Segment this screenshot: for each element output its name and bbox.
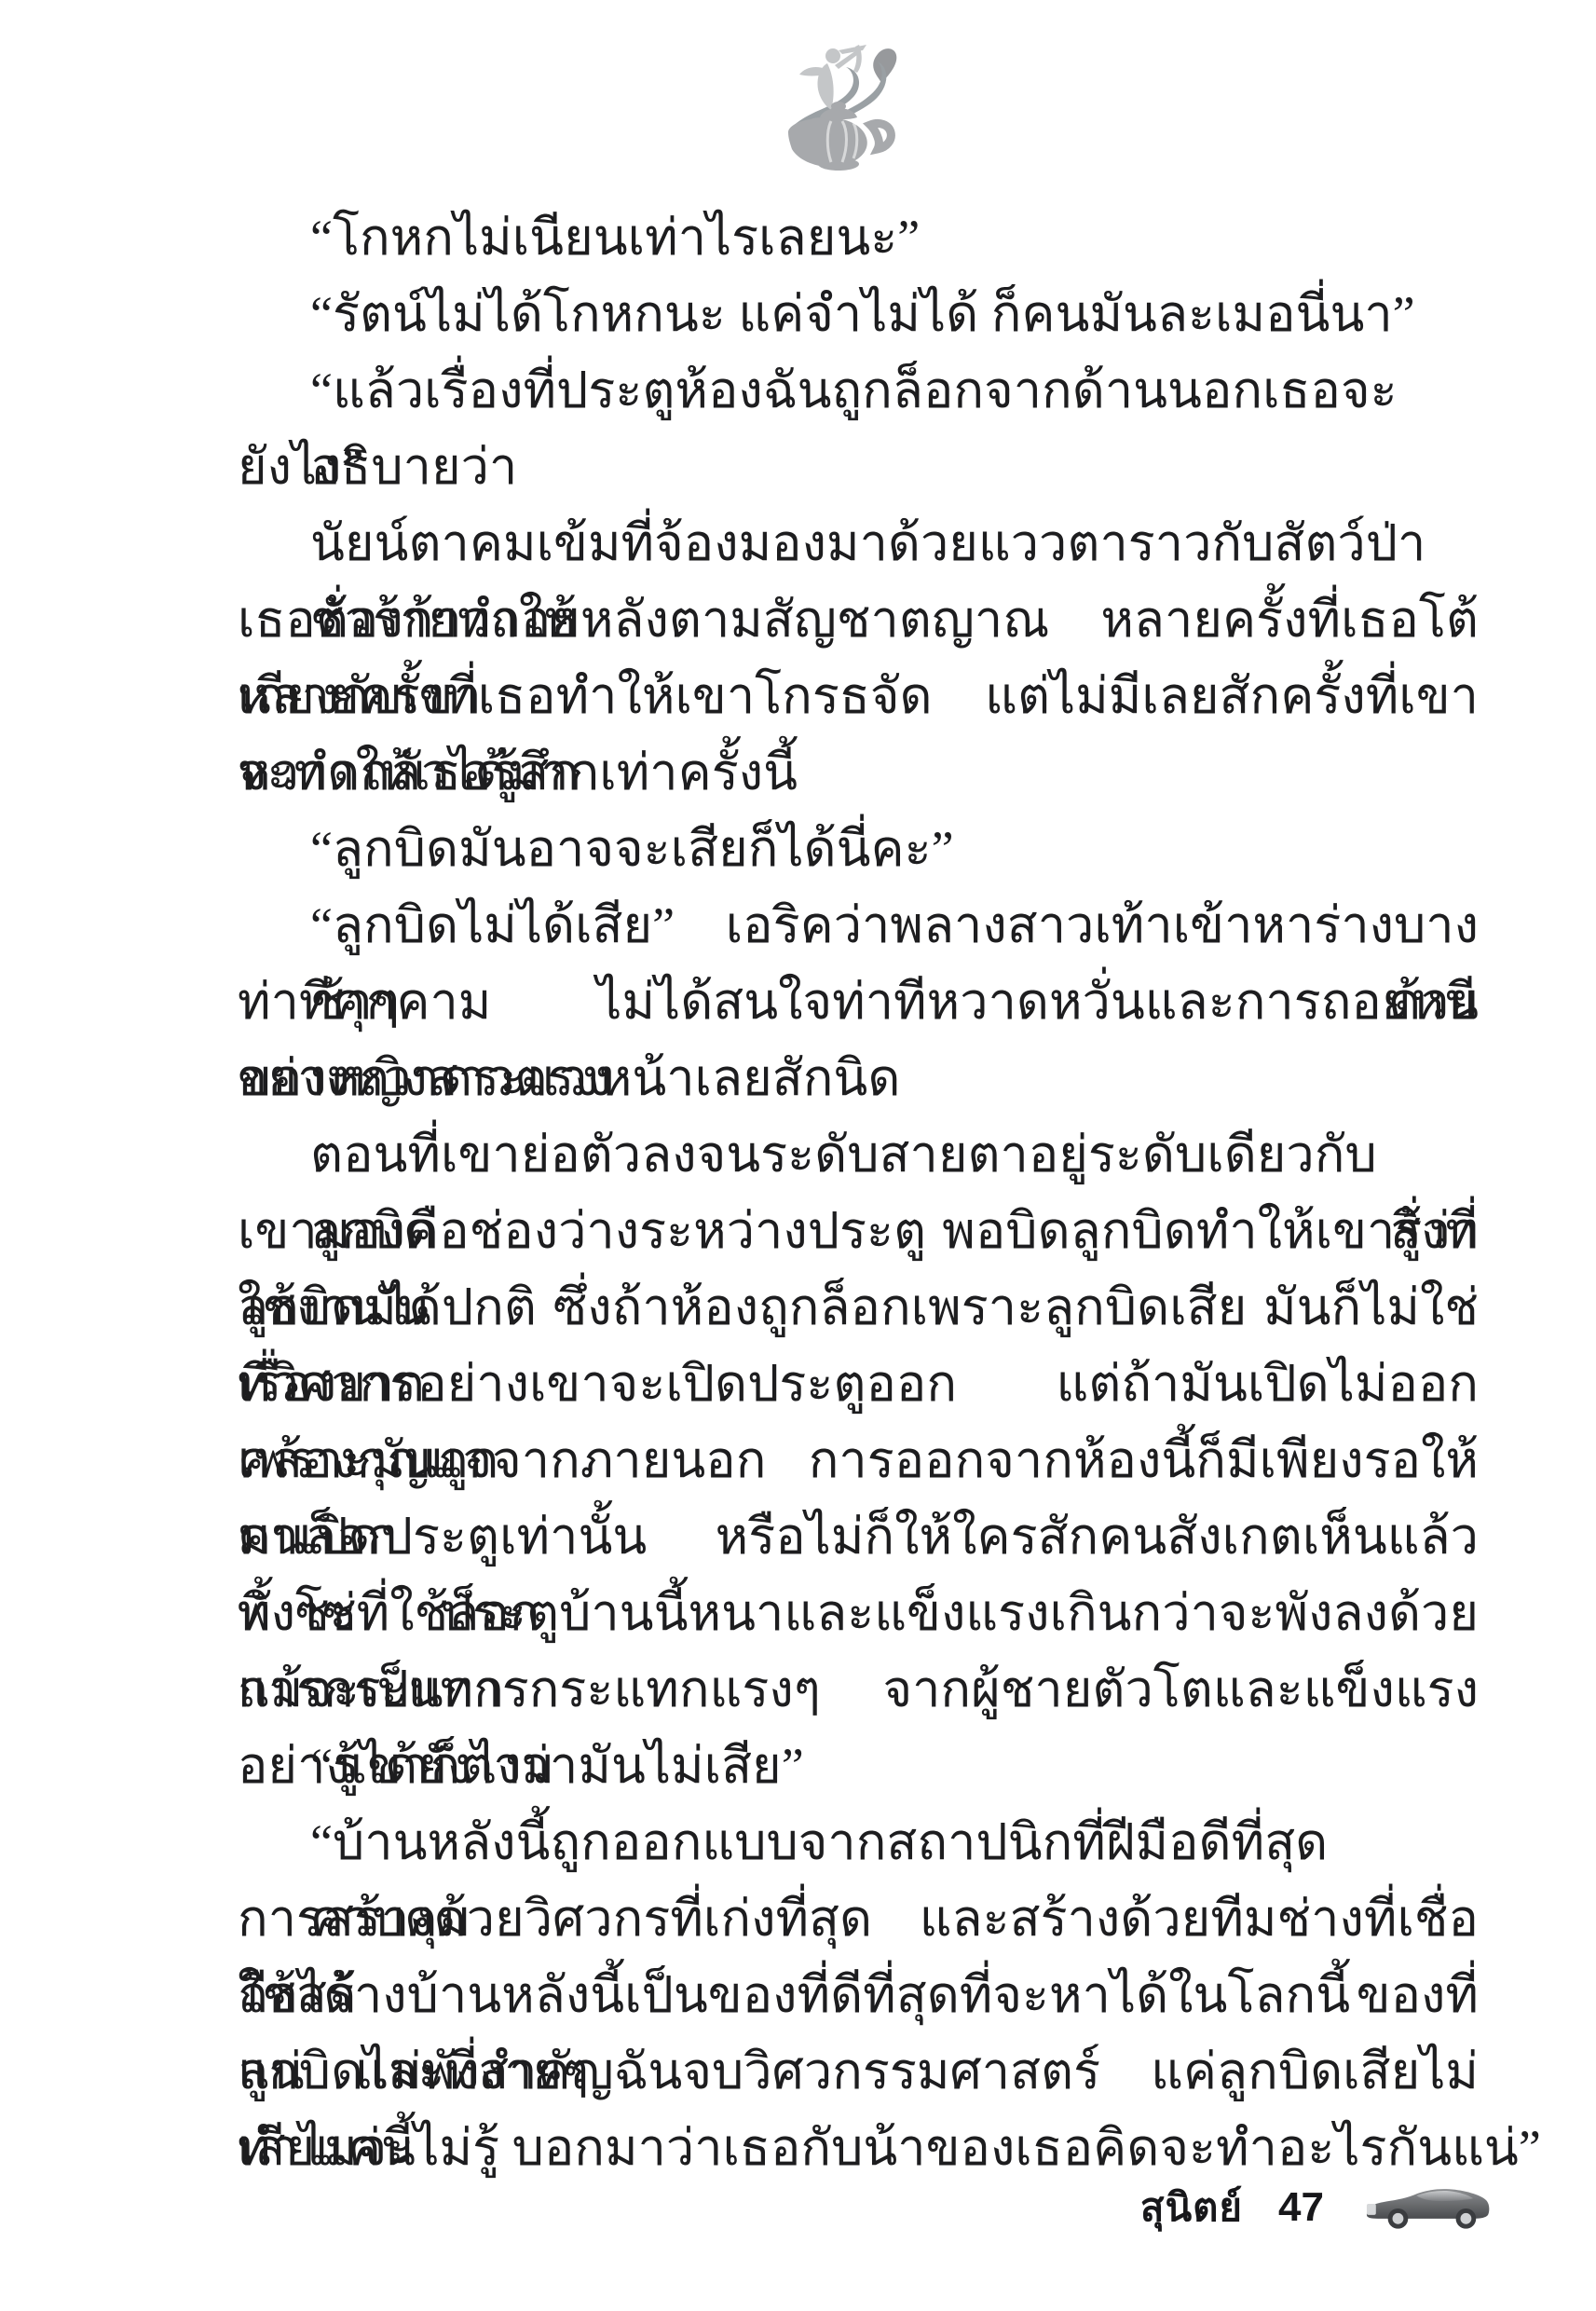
text-line: มาเปิดประตูเท่านั้น หรือไม่ก็ให้ใครสักคน… xyxy=(238,1498,1479,1575)
text-line: ที่วิศวกรอย่างเขาจะเปิดประตูออก แต่ถ้ามั… xyxy=(238,1346,1479,1422)
text-line: “บ้านหลังนี้ถูกออกแบบจากสถาปนิกที่ฝีมือด… xyxy=(238,1804,1479,1880)
text-line: “ลูกบิดไม่ได้เสีย” เอริคว่าพลางสาวเท้าเข… xyxy=(238,887,1479,964)
page-footer: สุนิตย์ 47 xyxy=(1140,2177,1492,2238)
text-line: ท่าทีคุกคาม ไม่ได้สนใจท่าทีหวาดหวั่นและก… xyxy=(238,964,1479,1040)
book-page: “โกหกไม่เนียนเท่าไรเลยนะ”“รัตน์ไม่ได้โกห… xyxy=(0,0,1596,2311)
page-number: 47 xyxy=(1278,2184,1324,2231)
car-icon xyxy=(1363,2183,1492,2232)
text-line: เขามองคือช่องว่างระหว่างประตู พอบิดลูกบิ… xyxy=(238,1193,1479,1269)
text-line: คล้องกุญแจจากภายนอก การออกจากห้องนี้ก็มี… xyxy=(238,1422,1479,1498)
text-line: ของหญิงสาวตรงหน้าเลยสักนิด xyxy=(238,1040,1479,1116)
text-line: หลายครั้งที่เธอทำให้เขาโกรธจัด แต่ไม่มีเ… xyxy=(238,658,1479,734)
text-line: “โกหกไม่เนียนเท่าไรเลยนะ” xyxy=(238,199,1479,276)
text-line: ตอนที่เขาย่อตัวลงจนระดับสายตาอยู่ระดับเด… xyxy=(238,1116,1479,1193)
text-line: แม้จะเป็นการกระแทกแรงๆ จากผู้ชายตัวโตและ… xyxy=(238,1651,1479,1728)
text-line: การสร้างด้วยวิศวกรที่เก่งที่สุด และสร้าง… xyxy=(238,1880,1479,1957)
text-line: ทำไมจะไม่รู้ บอกมาว่าเธอกับน้าของเธอคิดจ… xyxy=(238,2110,1479,2186)
text-body: “โกหกไม่เนียนเท่าไรเลยนะ”“รัตน์ไม่ได้โกห… xyxy=(238,199,1479,2186)
text-line: หวาดกลัวได้มากเท่าครั้งนี้ xyxy=(238,734,1479,811)
text-line: “แล้วเรื่องที่ประตูห้องฉันถูกล็อกจากด้าน… xyxy=(238,352,1479,429)
text-line: เธอต้องก้าวถอยหลังตามสัญชาตญาณ หลายครั้ง… xyxy=(238,581,1479,658)
text-line: ทิ้งซะ ประตูบ้านนี้หนาและแข็งแรงเกินกว่า… xyxy=(238,1575,1479,1651)
text-line: “รู้ได้ยังไงว่ามันไม่เสีย” xyxy=(238,1728,1479,1804)
text-line: “รัตน์ไม่ได้โกหกนะ แค่จำไม่ได้ ก็คนมันละ… xyxy=(238,276,1479,352)
text-line: แน่ และที่สำคัญฉันจบวิศวกรรมศาสตร์ แค่ลู… xyxy=(238,2033,1479,2110)
text-line: “ลูกบิดมันอาจจะเสียก็ได้นี่คะ” xyxy=(238,811,1479,887)
text-line: ใช้งานได้ปกติ ซึ่งถ้าห้องถูกล็อกเพราะลูก… xyxy=(238,1269,1479,1346)
cupid-lamp-icon xyxy=(781,28,900,172)
text-line: นัยน์ตาคมเข้มที่จ้องมองมาด้วยแววตาราวกับ… xyxy=(238,505,1479,581)
author-name: สุนิตย์ xyxy=(1140,2177,1243,2238)
text-line: ใช้สร้างบ้านหลังนี้เป็นของที่ดีที่สุดที่… xyxy=(238,1957,1479,2033)
